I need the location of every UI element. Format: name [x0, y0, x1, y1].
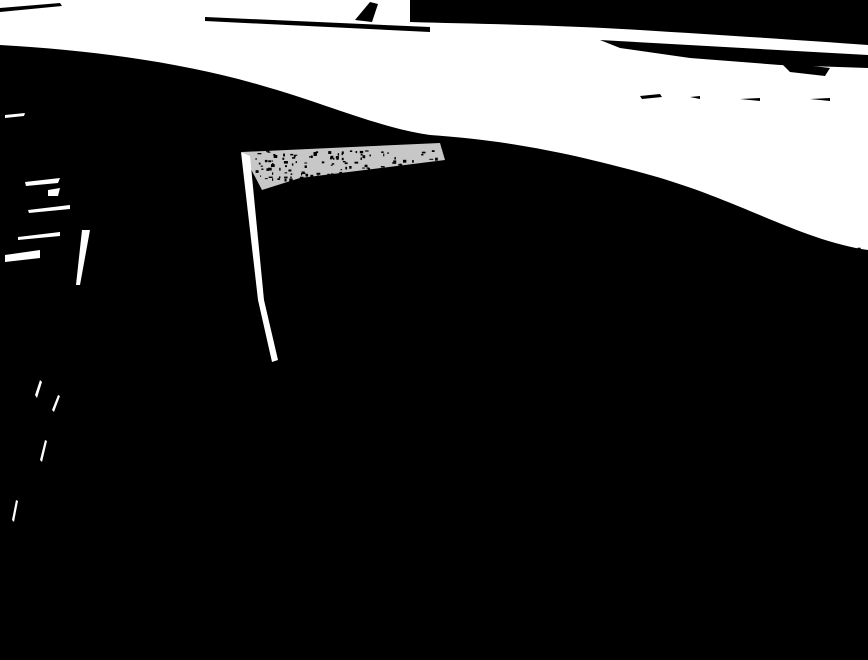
photo-scene [0, 0, 868, 660]
